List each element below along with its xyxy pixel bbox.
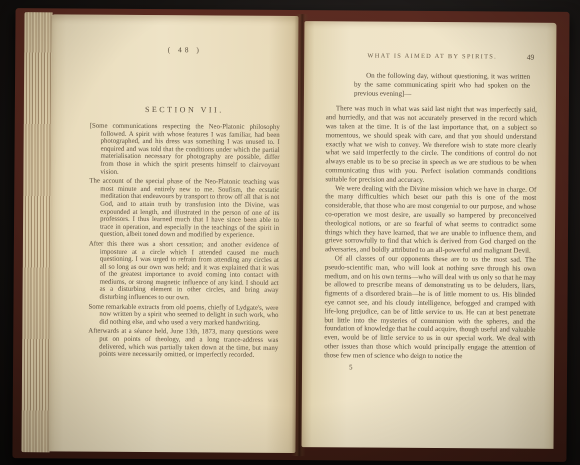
photo-background: ( 48 ) SECTION VII. [Some communications… bbox=[0, 0, 580, 465]
right-page-number: 49 bbox=[527, 53, 535, 62]
left-page: ( 48 ) SECTION VII. [Some communications… bbox=[48, 14, 298, 453]
paragraph: Some remarkable extracts from old poems,… bbox=[88, 303, 278, 327]
running-header-row: WHAT IS AIMED AT BY SPIRITS. 49 bbox=[326, 52, 538, 60]
section-heading: SECTION VII. bbox=[90, 105, 279, 115]
paragraph: After this there was a short cessation; … bbox=[89, 241, 279, 303]
paragraph: There was much in what was said last nig… bbox=[325, 105, 537, 186]
left-page-number: ( 48 ) bbox=[90, 45, 279, 55]
right-page: WHAT IS AIMED AT BY SPIRITS. 49 On the f… bbox=[302, 21, 557, 449]
paragraph: Of all classes of our opponents these ar… bbox=[324, 254, 536, 361]
book: ( 48 ) SECTION VII. [Some communications… bbox=[0, 0, 580, 465]
intro-paragraph: On the following day, without questionin… bbox=[354, 71, 530, 99]
page-edges bbox=[21, 12, 52, 452]
signature-mark: 5 bbox=[349, 363, 535, 373]
paragraph: We were dealing with the Divine mission … bbox=[325, 184, 536, 256]
left-page-text: [Some communications respecting the Neo-… bbox=[88, 123, 280, 362]
right-page-text: On the following day, without questionin… bbox=[324, 71, 537, 373]
running-header: WHAT IS AIMED AT BY SPIRITS. bbox=[367, 53, 497, 61]
paragraph: Afterwards at a séance held, June 13th, … bbox=[88, 328, 278, 360]
paragraph: The account of the special phase of the … bbox=[89, 178, 279, 240]
paragraph: [Some communications respecting the Neo-… bbox=[89, 123, 279, 177]
